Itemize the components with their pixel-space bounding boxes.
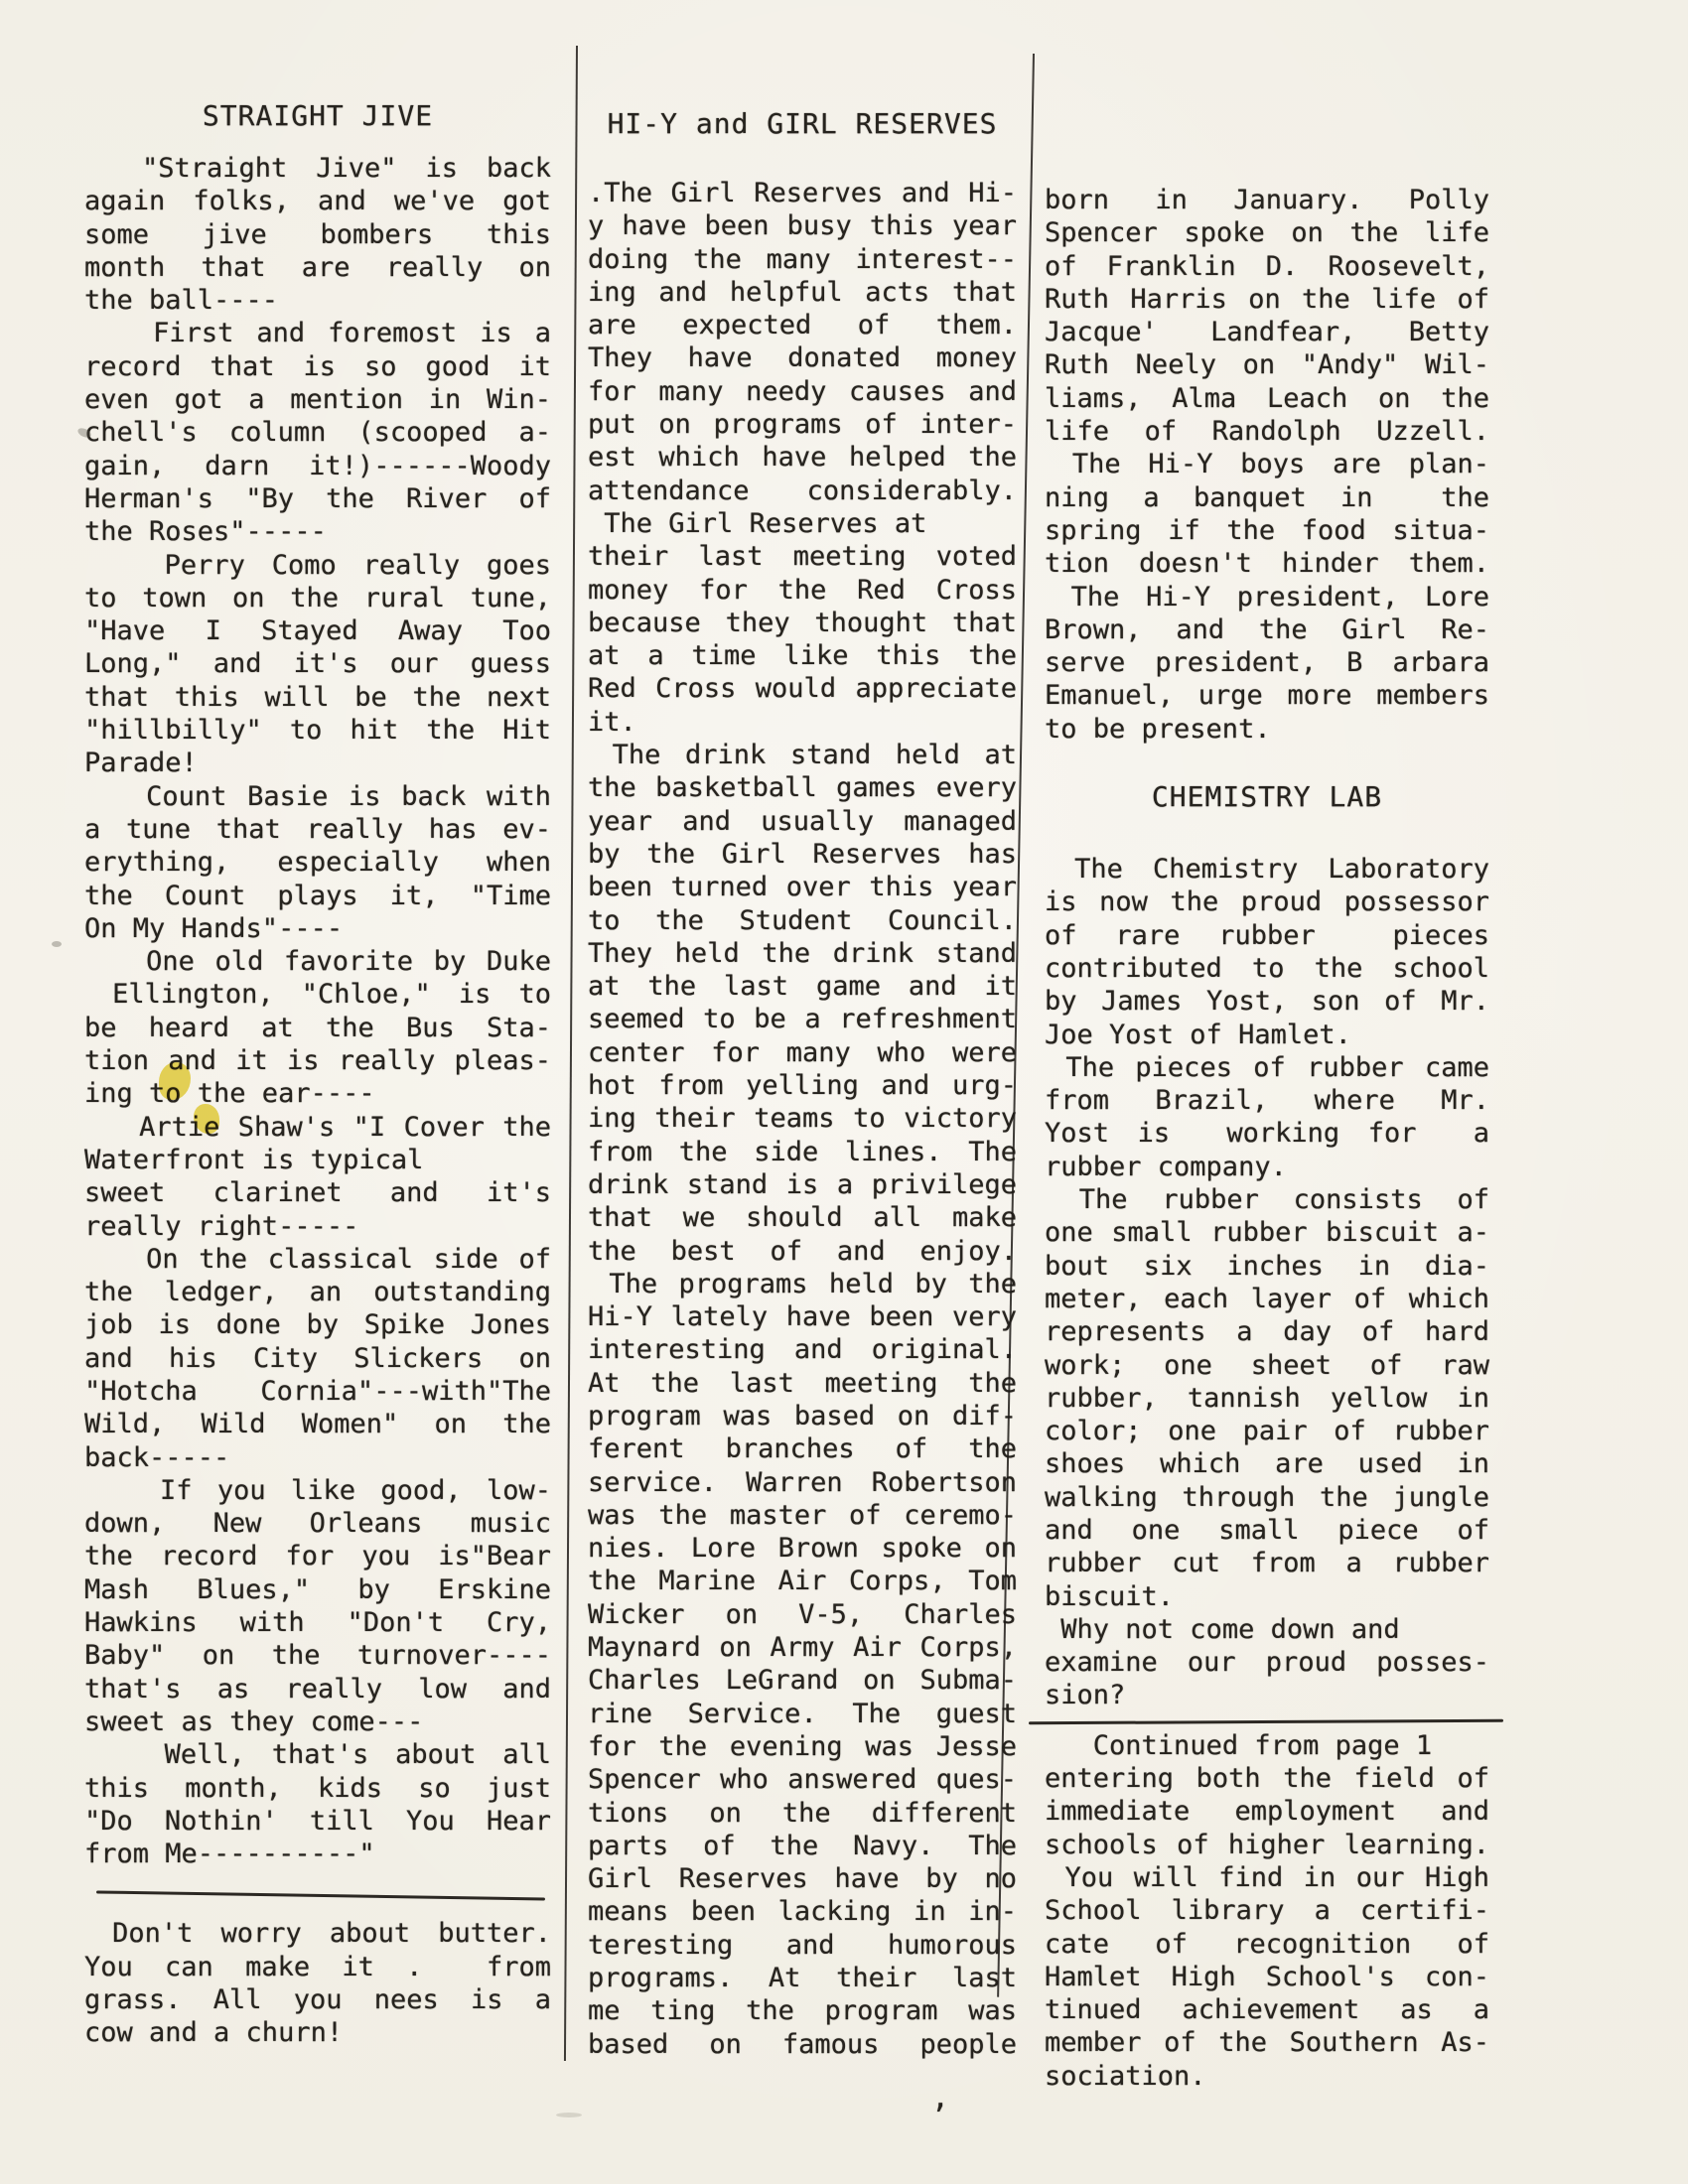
text-line: and one small piece of — [1045, 1514, 1489, 1547]
text-line: hot from yelling and urg- — [588, 1069, 1017, 1102]
text-line: means been lacking in in- — [588, 1895, 1017, 1928]
paragraph: The pieces of rubber camefrom Brazil, wh… — [1045, 1051, 1489, 1183]
text-line: seemed to be a refreshment — [588, 1003, 1017, 1035]
text-line: back----- — [84, 1441, 551, 1474]
text-line: from the side lines. The — [588, 1136, 1017, 1168]
text-line: doing the many interest-- — [588, 243, 1017, 276]
text-line: Hamlet High School's con- — [1045, 1961, 1489, 1993]
text-line: ing their teams to victory — [588, 1102, 1017, 1135]
paragraph: Perry Como really goesto town on the rur… — [84, 549, 551, 780]
text-line: by James Yost, son of Mr. — [1045, 985, 1489, 1018]
text-line: was the master of ceremo- — [588, 1499, 1017, 1532]
text-line: Ruth Harris on the life of — [1045, 283, 1489, 316]
text-line: be heard at the Bus Sta- — [84, 1012, 551, 1044]
text-line: ning a banquet in the — [1045, 481, 1489, 514]
text-line: service. Warren Robertson — [588, 1466, 1017, 1499]
yellow-mark — [194, 1104, 219, 1134]
text-line: Herman's "By the River of — [84, 482, 551, 515]
paragraph: Well, that's about allthis month, kids s… — [84, 1738, 551, 1870]
text-line: "Straight Jive" is back — [84, 152, 551, 185]
text-line: the Count plays it, "Time — [84, 880, 551, 912]
text-line: Emanuel, urge more members — [1045, 679, 1489, 712]
text-line: by the Girl Reserves has — [588, 838, 1017, 871]
text-line: Hi-Y lately have been very — [588, 1300, 1017, 1333]
paragraph: First and foremost is arecord that is so… — [84, 317, 551, 548]
scan-smudge — [52, 941, 62, 947]
text-line: "Have I Stayed Away Too — [84, 614, 551, 647]
text-line: tion doesn't hinder them. — [1045, 547, 1489, 580]
text-line: rubber cut from a rubber — [1045, 1547, 1489, 1579]
text-line: represents a day of hard — [1045, 1315, 1489, 1348]
text-line: The Girl Reserves at — [588, 507, 1017, 540]
text-line: Why not come down and — [1045, 1613, 1489, 1646]
paragraph: The Chemistry Laboratoryis now the proud… — [1045, 853, 1489, 1051]
text-line: to the Student Council. — [588, 904, 1017, 937]
text-line: the ledger, an outstanding — [84, 1276, 551, 1308]
text-line: liams, Alma Leach on the — [1045, 382, 1489, 415]
paragraph: Don't worry about butter.You can make it… — [84, 1917, 551, 2049]
text-line: Yost is working for a — [1045, 1117, 1489, 1150]
text-line: program was based on dif- — [588, 1400, 1017, 1433]
column-straight-jive: STRAIGHT JIVE "Straight Jive" is backaga… — [84, 99, 551, 2050]
text-line: Long," and it's our guess — [84, 647, 551, 680]
text-line: tion and it is really pleas- — [84, 1044, 551, 1077]
text-line: cow and a churn! — [84, 2016, 551, 2049]
paragraph: On the classical side ofthe ledger, an o… — [84, 1243, 551, 1474]
paragraph: The programs held by theHi-Y lately have… — [588, 1268, 1017, 2061]
text-line: been turned over this year — [588, 871, 1017, 903]
text-line: serve president, B arbara — [1045, 646, 1489, 679]
paragraph: Continued from page 1entering both the f… — [1045, 1729, 1489, 2093]
text-line: erything, especially when — [84, 846, 551, 879]
text-line: the Marine Air Corps, Tom — [588, 1565, 1017, 1597]
text-line: really right----- — [84, 1210, 551, 1243]
text-line: to be present. — [1045, 713, 1489, 746]
text-line: put on programs of inter- — [588, 408, 1017, 441]
text-line: Maynard on Army Air Corps, — [588, 1631, 1017, 1664]
text-line: On the classical side of — [84, 1243, 551, 1276]
text-line: rine Service. The guest — [588, 1698, 1017, 1730]
column-blocks: "Straight Jive" is backagain folks, and … — [84, 152, 551, 2050]
text-line: of rare rubber pieces — [1045, 919, 1489, 952]
text-line: meter, each layer of which — [1045, 1283, 1489, 1315]
text-line: at the last game and it — [588, 970, 1017, 1003]
column-blocks: born in January. PollySpencer spoke on t… — [1045, 184, 1489, 2093]
text-line: are expected of them. — [588, 309, 1017, 341]
text-line: this month, kids so just — [84, 1772, 551, 1805]
text-line: the basketball games every — [588, 771, 1017, 804]
column-divider-left — [564, 46, 578, 2061]
text-line: for the evening was Jesse — [588, 1730, 1017, 1763]
text-line: The programs held by the — [588, 1268, 1017, 1300]
text-line: their last meeting voted — [588, 540, 1017, 573]
text-line: chell's column (scooped a- — [84, 416, 551, 449]
text-line: from Brazil, where Mr. — [1045, 1084, 1489, 1117]
text-line: money for the Red Cross — [588, 574, 1017, 607]
text-line: On My Hands"---- — [84, 912, 551, 945]
paragraph: One old favorite by Duke Ellington, "Chl… — [84, 945, 551, 1110]
text-line: Well, that's about all — [84, 1738, 551, 1771]
text-line: Joe Yost of Hamlet. — [1045, 1019, 1489, 1051]
text-line: Charles LeGrand on Subma- — [588, 1664, 1017, 1697]
text-line: and his City Slickers on — [84, 1342, 551, 1375]
text-line: ferent branches of the — [588, 1433, 1017, 1465]
text-line: because they thought that — [588, 607, 1017, 639]
text-line: parts of the Navy. The — [588, 1830, 1017, 1862]
text-line: The Hi-Y boys are plan- — [1045, 448, 1489, 480]
text-line: one small rubber biscuit a- — [1045, 1216, 1489, 1249]
paragraph: The Girl Reserves attheir last meeting v… — [588, 507, 1017, 739]
text-line: "Do Nothin' till You Hear — [84, 1805, 551, 1838]
paragraph: Why not come down andexamine our proud p… — [1045, 1613, 1489, 1712]
text-line: attendance considerably. — [588, 475, 1017, 507]
text-line: School library a certifi- — [1045, 1894, 1489, 1927]
column-hi-y-girl-reserves: HI-Y and GIRL RESERVES .The Girl Reserve… — [588, 107, 1017, 2061]
text-line: spring if the food situa- — [1045, 514, 1489, 547]
scan-smudge — [556, 2113, 582, 2117]
text-line: some jive bombers this — [84, 218, 551, 251]
text-line: bout six inches in dia- — [1045, 1250, 1489, 1283]
text-line: ing and helpful acts that — [588, 276, 1017, 309]
text-line: You can make it . from — [84, 1951, 551, 1983]
text-line: rubber, tannish yellow in — [1045, 1382, 1489, 1415]
text-line: They have donated money — [588, 341, 1017, 374]
column-blocks: .The Girl Reserves and Hi-y have been bu… — [588, 177, 1017, 2061]
text-line: Girl Reserves have by no — [588, 1862, 1017, 1895]
text-line: to town on the rural tune, — [84, 582, 551, 614]
text-line: You will find in our High — [1045, 1861, 1489, 1894]
text-line: member of the Southern As- — [1045, 2026, 1489, 2059]
text-line: Continued from page 1 — [1045, 1729, 1489, 1762]
text-line: at a time like this the — [588, 639, 1017, 672]
text-line: of Franklin D. Roosevelt, — [1045, 250, 1489, 283]
section-heading-chemistry-lab: CHEMISTRY LAB — [1045, 780, 1489, 813]
text-line: is now the proud possessor — [1045, 886, 1489, 918]
column-right: born in January. PollySpencer spoke on t… — [1045, 184, 1489, 2093]
text-line: year and usually managed — [588, 805, 1017, 838]
paragraph: .The Girl Reserves and Hi-y have been bu… — [588, 177, 1017, 507]
text-line: down, New Orleans music — [84, 1507, 551, 1540]
text-line: y have been busy this year — [588, 209, 1017, 242]
text-line: The rubber consists of — [1045, 1183, 1489, 1216]
text-line: walking through the jungle — [1045, 1481, 1489, 1514]
text-line: Perry Como really goes — [84, 549, 551, 582]
text-line: They held the drink stand — [588, 937, 1017, 970]
text-line: even got a mention in Win- — [84, 383, 551, 416]
text-line: If you like good, low- — [84, 1474, 551, 1507]
text-line: sweet clarinet and it's — [84, 1176, 551, 1209]
horizontal-rule — [1029, 1719, 1503, 1725]
text-line: cate of recognition of — [1045, 1928, 1489, 1961]
text-line: One old favorite by Duke — [84, 945, 551, 978]
text-line: drink stand is a privilege — [588, 1168, 1017, 1201]
text-line: .The Girl Reserves and Hi- — [588, 177, 1017, 209]
text-line: nies. Lore Brown spoke on — [588, 1532, 1017, 1565]
text-line: based on famous people — [588, 2028, 1017, 2061]
text-line: Wicker on V-5, Charles — [588, 1598, 1017, 1631]
text-line: the ball---- — [84, 284, 551, 317]
text-line: shoes which are used in — [1045, 1447, 1489, 1480]
text-line: the Roses"----- — [84, 515, 551, 548]
text-line: grass. All you nees is a — [84, 1983, 551, 2016]
text-line: interesting and original. — [588, 1333, 1017, 1366]
text-line: "Hotcha Cornia"---with"The — [84, 1375, 551, 1408]
text-line: The pieces of rubber came — [1045, 1051, 1489, 1084]
text-line: Don't worry about butter. — [84, 1917, 551, 1950]
text-line: contributed to the school — [1045, 952, 1489, 985]
text-line: ing to the ear---- — [84, 1077, 551, 1110]
text-line: immediate employment and — [1045, 1795, 1489, 1828]
text-line: biscuit. — [1045, 1580, 1489, 1613]
paragraph: The drink stand held atthe basketball ga… — [588, 739, 1017, 1268]
paragraph: If you like good, low-down, New Orleans … — [84, 1474, 551, 1738]
text-line: job is done by Spike Jones — [84, 1308, 551, 1341]
text-line: entering both the field of — [1045, 1762, 1489, 1795]
text-line: the record for you is"Bear — [84, 1540, 551, 1572]
text-line: Ruth Neely on "Andy" Wil- — [1045, 348, 1489, 381]
text-line: programs. At their last — [588, 1962, 1017, 1994]
text-line: me ting the program was — [588, 1994, 1017, 2027]
text-line: "hillbilly" to hit the Hit — [84, 714, 551, 747]
text-line: month that are really on — [84, 251, 551, 284]
text-line: First and foremost is a — [84, 317, 551, 349]
text-line: Spencer who answered ques- — [588, 1763, 1017, 1796]
text-line: The Hi-Y president, Lore — [1045, 581, 1489, 614]
text-line: Wild, Wild Women" on the — [84, 1408, 551, 1440]
text-line: Ellington, "Chloe," is to — [84, 978, 551, 1011]
section-heading-straight-jive: STRAIGHT JIVE — [84, 99, 551, 132]
text-line: At the last meeting the — [588, 1367, 1017, 1400]
text-line: rubber company. — [1045, 1151, 1489, 1183]
text-line: Brown, and the Girl Re- — [1045, 614, 1489, 646]
text-line: it. — [588, 706, 1017, 739]
text-line: The drink stand held at — [588, 739, 1017, 771]
text-line: tinued achievement as a — [1045, 1993, 1489, 2026]
text-line: again folks, and we've got — [84, 185, 551, 217]
text-line: sociation. — [1045, 2060, 1489, 2093]
text-line: Artie Shaw's "I Cover the — [84, 1111, 551, 1144]
text-line: est which have helped the — [588, 441, 1017, 474]
text-line: Mash Blues," by Erskine — [84, 1573, 551, 1606]
text-line: The Chemistry Laboratory — [1045, 853, 1489, 886]
text-line: the best of and enjoy. — [588, 1235, 1017, 1268]
paragraph: Count Basie is back witha tune that real… — [84, 780, 551, 945]
section-heading-hi-y-girl-reserves: HI-Y and GIRL RESERVES — [588, 107, 1017, 140]
text-line: Baby" on the turnover---- — [84, 1639, 551, 1672]
text-line: for many needy causes and — [588, 375, 1017, 408]
text-line: born in January. Polly — [1045, 184, 1489, 216]
text-line: Parade! — [84, 747, 551, 779]
text-line: work; one sheet of raw — [1045, 1349, 1489, 1382]
text-line: Spencer spoke on the life — [1045, 216, 1489, 249]
text-line: tions on the different — [588, 1797, 1017, 1830]
text-line: Hawkins with "Don't Cry, — [84, 1606, 551, 1639]
text-line: examine our proud posses- — [1045, 1646, 1489, 1679]
text-line: schools of higher learning. — [1045, 1829, 1489, 1861]
paragraph: The rubber consists ofone small rubber b… — [1045, 1183, 1489, 1613]
text-line: sion? — [1045, 1679, 1489, 1711]
paragraph: Artie Shaw's "I Cover theWaterfront is t… — [84, 1111, 551, 1243]
paragraph: The Hi-Y boys are plan-ning a banquet in… — [1045, 448, 1489, 580]
text-line: color; one pair of rubber — [1045, 1415, 1489, 1447]
text-line: Waterfront is typical — [84, 1144, 551, 1176]
text-line: gain, darn it!)------Woody — [84, 450, 551, 482]
text-line: center for many who were — [588, 1036, 1017, 1069]
text-line: that we should all make — [588, 1201, 1017, 1234]
text-line: Count Basie is back with — [84, 780, 551, 813]
text-line: a tune that really has ev- — [84, 813, 551, 846]
paragraph: The Hi-Y president, LoreBrown, and the G… — [1045, 581, 1489, 746]
text-line: from Me----------" — [84, 1838, 551, 1870]
paragraph: "Straight Jive" is backagain folks, and … — [84, 152, 551, 317]
text-line: that this will be the next — [84, 681, 551, 714]
horizontal-rule — [96, 1891, 545, 1901]
text-line: Red Cross would appreciate — [588, 672, 1017, 705]
text-line: life of Randolph Uzzell. — [1045, 415, 1489, 448]
stray-comma: , — [931, 2081, 949, 2116]
paragraph: born in January. PollySpencer spoke on t… — [1045, 184, 1489, 448]
newspaper-page: STRAIGHT JIVE "Straight Jive" is backaga… — [0, 0, 1688, 2184]
text-line: teresting and humorous — [588, 1929, 1017, 1962]
text-line: sweet as they come--- — [84, 1706, 551, 1738]
text-line: record that is so good it — [84, 350, 551, 383]
text-line: that's as really low and — [84, 1673, 551, 1706]
text-line: Jacque' Landfear, Betty — [1045, 316, 1489, 348]
